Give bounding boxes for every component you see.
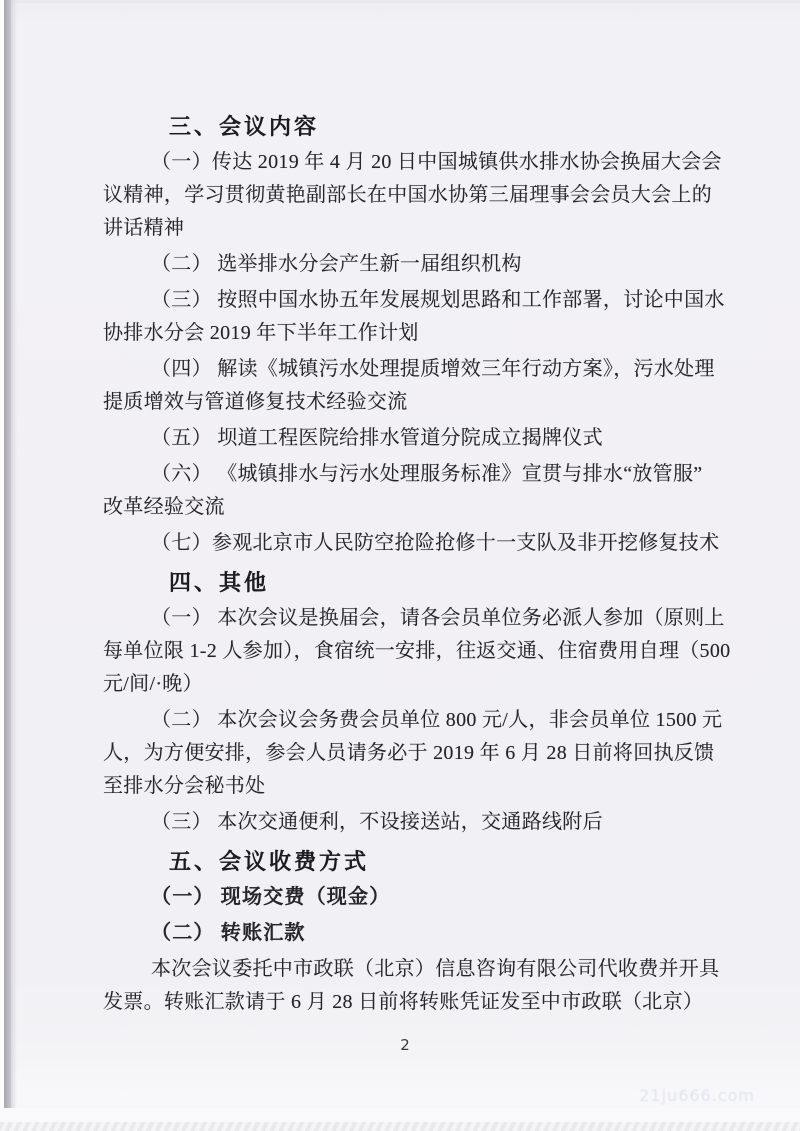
section-heading-meeting-content: 三、会议内容	[103, 110, 707, 143]
text-line: 发票。转账汇款请于 6 月 28 日前将转账凭证发至中市政联（北京）	[103, 986, 707, 1019]
text-line: （六） 《城镇排水与污水处理服务标准》宣贯与排水“放管服”	[103, 458, 707, 491]
text-line: 改革经验交流	[103, 491, 707, 524]
watermark: 21ju666.com	[500, 1086, 800, 1105]
text-line: 每单位限 1-2 人参加），食宿统一安排，往返交通、住宿费用自理（500	[103, 635, 707, 668]
text-line: （二） 本次会议会务费会员单位 800 元/人，非会员单位 1500 元	[103, 704, 707, 737]
scan-edge-left-fade	[11, 0, 17, 1131]
scan-edge-bottom-hatch	[0, 1122, 800, 1131]
text-line: （三） 按照中国水协五年发展规划思路和工作部署，讨论中国水	[103, 284, 707, 317]
scanned-document-page: 三、会议内容 （一）传达 2019 年 4 月 20 日中国城镇供水排水协会换届…	[0, 0, 800, 1131]
section-heading-other: 四、其他	[103, 566, 707, 599]
text-line: 人，为方便安排，参会人员请务必于 2019 年 6 月 28 日前将回执反馈	[103, 737, 707, 770]
text-line: （五） 坝道工程医院给排水管道分院成立揭牌仪式	[103, 422, 707, 455]
text-line: （三） 本次交通便利，不设接送站，交通路线附后	[103, 806, 707, 839]
text-line: （七）参观北京市人民防空抢险抢修十一支队及非开挖修复技术	[103, 527, 707, 560]
text-line: 协排水分会 2019 年下半年工作计划	[103, 317, 707, 350]
scan-edge-bottom-light	[0, 1108, 800, 1122]
text-line: 讲话精神	[103, 212, 707, 245]
scan-edge-top	[0, 0, 800, 3]
page-number: 2	[103, 1035, 707, 1055]
text-line: 本次会议委托中市政联（北京）信息咨询有限公司代收费并开具	[103, 953, 707, 986]
subsection-heading-cash: （一） 现场交费（现金）	[103, 881, 707, 914]
text-line: （一）传达 2019 年 4 月 20 日中国城镇供水排水协会换届大会会	[103, 146, 707, 179]
document-body: 三、会议内容 （一）传达 2019 年 4 月 20 日中国城镇供水排水协会换届…	[103, 104, 707, 1055]
subsection-heading-transfer: （二） 转账汇款	[103, 917, 707, 950]
text-line: 至排水分会秘书处	[103, 770, 707, 803]
section-heading-payment-method: 五、会议收费方式	[103, 845, 707, 878]
text-line: 提质增效与管道修复技术经验交流	[103, 386, 707, 419]
text-line: （四） 解读《城镇污水处理提质增效三年行动方案》，污水处理	[103, 353, 707, 386]
text-line: （一） 本次会议是换届会，请各会员单位务必派人参加（原则上	[103, 602, 707, 635]
scan-edge-left-gray	[4, 0, 11, 1131]
text-line: （二） 选举排水分会产生新一届组织机构	[103, 248, 707, 281]
text-line: 议精神，学习贯彻黄艳副部长在中国水协第三届理事会会员大会上的	[103, 179, 707, 212]
text-line: 元/间/·晚）	[103, 668, 707, 701]
